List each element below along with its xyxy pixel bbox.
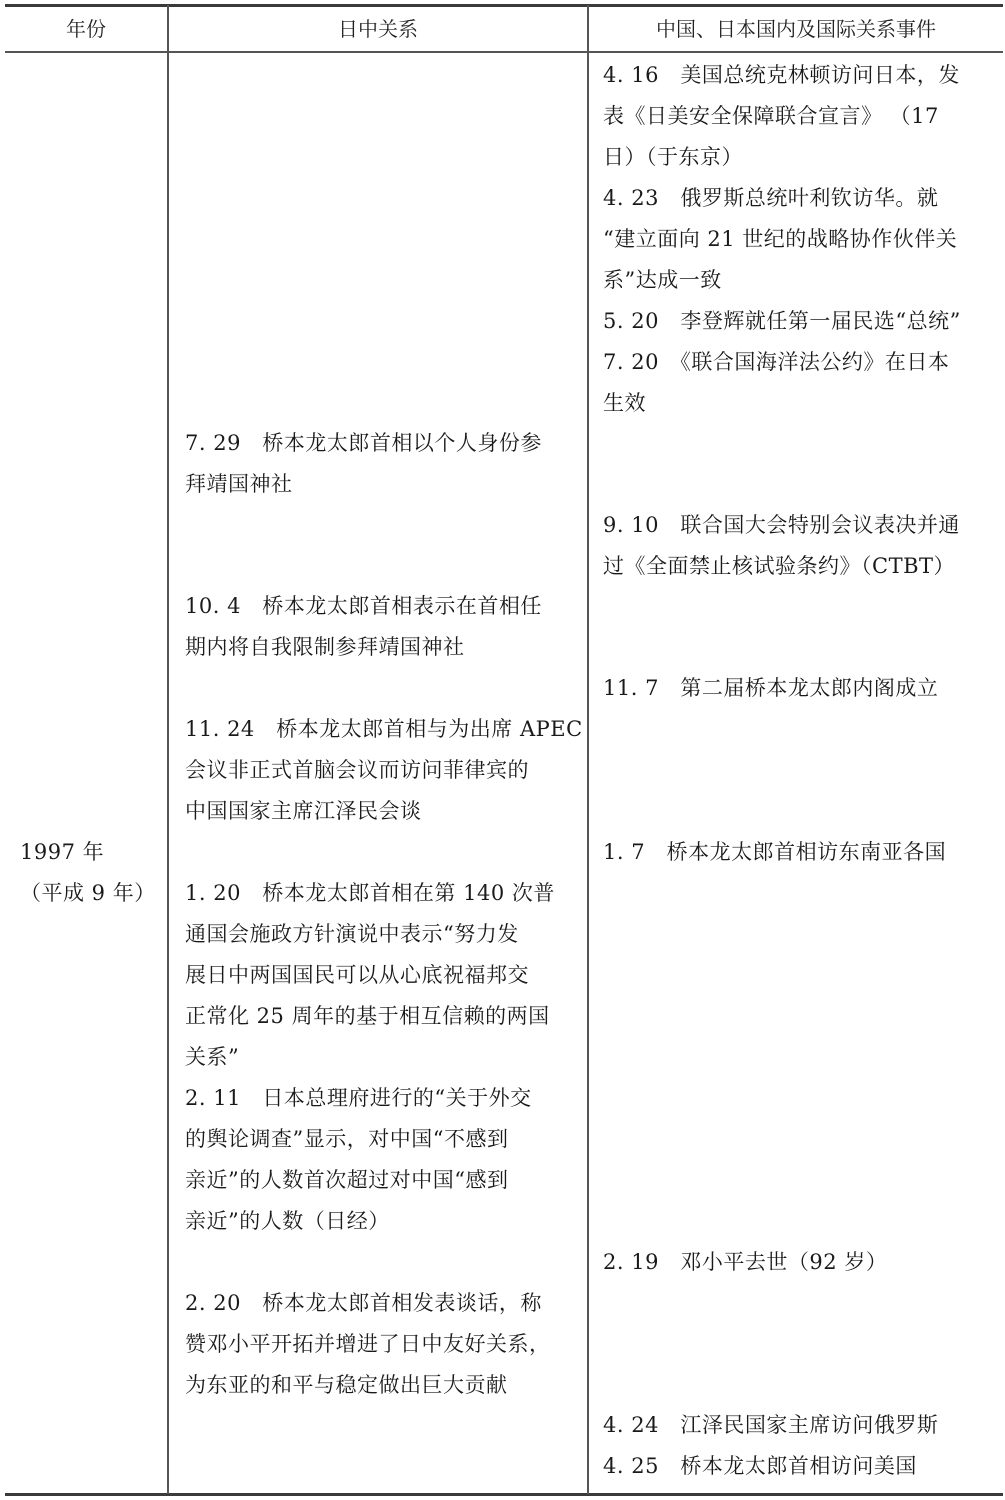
entry-line: 赞邓小平开拓并增进了日中友好关系， <box>185 1324 580 1365</box>
relation-entry-11-24: 11. 24 桥本龙太郎首相与为出席 APEC 会议非正式首脑会议而访问菲律宾的… <box>185 709 580 832</box>
event-entry-7-20: 7. 20 《联合国海洋法公约》在日本 生效 <box>603 342 995 424</box>
entry-line: 2. 11 日本总理府进行的“关于外交 <box>185 1078 580 1119</box>
entry-line: 期内将自我限制参拜靖国神社 <box>185 627 580 668</box>
relation-entry-10-4: 10. 4 桥本龙太郎首相表示在首相任 期内将自我限制参拜靖国神社 <box>185 586 580 668</box>
entry-line: 关系” <box>185 1037 580 1078</box>
entry-line: 亲近”的人数（日经） <box>185 1201 580 1242</box>
entry-line: 拜靖国神社 <box>185 464 580 505</box>
entry-line: 亲近”的人数首次超过对中国“感到 <box>185 1160 580 1201</box>
entry-line: 过《全面禁止核试验条约》（CTBT） <box>603 546 995 587</box>
entry-line: 展日中两国国民可以从心底祝福邦交 <box>185 955 580 996</box>
era-label: （平成 9 年） <box>20 873 165 914</box>
relation-entry-2-11: 2. 11 日本总理府进行的“关于外交 的舆论调查”显示，对中国“不感到 亲近”… <box>185 1078 580 1242</box>
entry-line: 10. 4 桥本龙太郎首相表示在首相任 <box>185 586 580 627</box>
column-divider-year-relation <box>167 5 169 1494</box>
header-year: 年份 <box>5 7 167 51</box>
entry-line: 4. 16 美国总统克林顿访问日本，发 <box>603 55 995 96</box>
entry-line: 表《日美安全保障联合宣言》 （17 <box>603 96 995 137</box>
entry-line: 会议非正式首脑会议而访问菲律宾的 <box>185 750 580 791</box>
entry-line: “建立面向 21 世纪的战略协作伙伴关 <box>603 219 995 260</box>
entry-line: 5. 20 李登辉就任第一届民选“总统” <box>603 301 995 342</box>
entry-line: 4. 23 俄罗斯总统叶利钦访华。就 <box>603 178 995 219</box>
event-entry-1-7: 1. 7 桥本龙太郎首相访东南亚各国 <box>603 832 995 873</box>
table-header-rule <box>5 51 1003 53</box>
entry-line: 的舆论调查”显示，对中国“不感到 <box>185 1119 580 1160</box>
event-entry-2-19: 2. 19 邓小平去世（92 岁） <box>603 1242 995 1283</box>
entry-line: 为东亚的和平与稳定做出巨大贡献 <box>185 1365 580 1406</box>
entry-line: 7. 29 桥本龙太郎首相以个人身份参 <box>185 423 580 464</box>
entry-line: 系”达成一致 <box>603 260 995 301</box>
event-entry-4-24: 4. 24 江泽民国家主席访问俄罗斯 <box>603 1405 995 1446</box>
column-divider-relation-events <box>587 5 589 1494</box>
relation-entry-2-20: 2. 20 桥本龙太郎首相发表谈话，称 赞邓小平开拓并增进了日中友好关系， 为东… <box>185 1283 580 1406</box>
relation-entry-1-20: 1. 20 桥本龙太郎首相在第 140 次普 通国会施政方针演说中表示“努力发 … <box>185 873 580 1078</box>
entry-line: 11. 7 第二届桥本龙太郎内阁成立 <box>603 668 995 709</box>
entry-line: 4. 25 桥本龙太郎首相访问美国 <box>603 1446 995 1487</box>
event-entry-11-7: 11. 7 第二届桥本龙太郎内阁成立 <box>603 668 995 709</box>
year-label: 1997 年 <box>20 832 165 873</box>
entry-line: 9. 10 联合国大会特别会议表决并通 <box>603 505 995 546</box>
event-entry-4-25: 4. 25 桥本龙太郎首相访问美国 <box>603 1446 995 1487</box>
relation-entry-7-29: 7. 29 桥本龙太郎首相以个人身份参 拜靖国神社 <box>185 423 580 505</box>
entry-line: 日）（于东京） <box>603 137 995 178</box>
entry-line: 7. 20 《联合国海洋法公约》在日本 <box>603 342 995 383</box>
entry-line: 中国国家主席江泽民会谈 <box>185 791 580 832</box>
event-entry-5-20: 5. 20 李登辉就任第一届民选“总统” <box>603 301 995 342</box>
entry-line: 生效 <box>603 383 995 424</box>
header-domestic-international-events: 中国、日本国内及国际关系事件 <box>589 7 1003 51</box>
event-entry-4-16: 4. 16 美国总统克林顿访问日本，发 表《日美安全保障联合宣言》 （17 日）… <box>603 55 995 178</box>
entry-line: 4. 24 江泽民国家主席访问俄罗斯 <box>603 1405 995 1446</box>
entry-line: 1. 20 桥本龙太郎首相在第 140 次普 <box>185 873 580 914</box>
event-entry-4-23: 4. 23 俄罗斯总统叶利钦访华。就 “建立面向 21 世纪的战略协作伙伴关 系… <box>603 178 995 301</box>
table-bottom-rule <box>5 1493 1003 1496</box>
entry-line: 正常化 25 周年的基于相互信赖的两国 <box>185 996 580 1037</box>
entry-line: 2. 20 桥本龙太郎首相发表谈话，称 <box>185 1283 580 1324</box>
entry-line: 11. 24 桥本龙太郎首相与为出席 APEC <box>185 709 580 750</box>
entry-line: 通国会施政方针演说中表示“努力发 <box>185 914 580 955</box>
header-japan-china-relations: 日中关系 <box>169 7 587 51</box>
entry-line: 1. 7 桥本龙太郎首相访东南亚各国 <box>603 832 995 873</box>
year-cell: 1997 年 （平成 9 年） <box>20 832 165 914</box>
entry-line: 2. 19 邓小平去世（92 岁） <box>603 1242 995 1283</box>
event-entry-9-10: 9. 10 联合国大会特别会议表决并通 过《全面禁止核试验条约》（CTBT） <box>603 505 995 587</box>
